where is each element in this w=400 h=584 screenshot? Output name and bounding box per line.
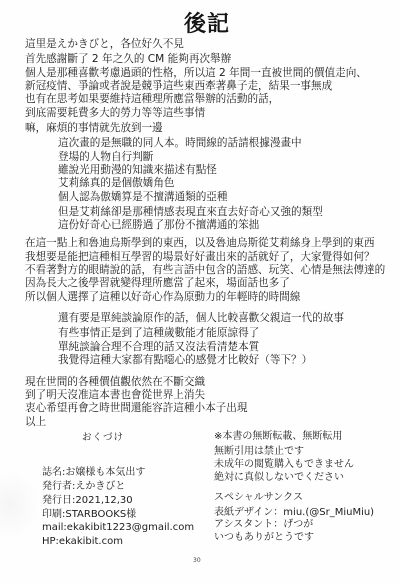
text-line: 現在世間的各種價值觀依然在不斷交織 bbox=[25, 375, 205, 389]
notice-line: 未成年の閲覧購入もできません bbox=[214, 458, 354, 471]
info-title: 誌名:お嬢様も本気出す bbox=[42, 466, 145, 479]
text-line: 不看著對方的眼睛說的話，有些言語中包含的語感、玩笑、心情是無法傳達的 bbox=[25, 263, 385, 277]
text-line: 這里是えかきびと，各位好久不見 bbox=[25, 37, 184, 51]
special-thanks-line: アシスタント：げつが bbox=[214, 518, 313, 531]
notice-line: ※本書の無断転載、無断転用 bbox=[214, 430, 342, 443]
text-line: 衷心希望再會之時世間還能容許這種小本子出現 bbox=[25, 401, 247, 415]
scan-artifact bbox=[0, 470, 40, 540]
notice-line: 絶対に真似しないでください bbox=[214, 471, 344, 484]
text-line: 艾莉絲真的是個傲嬌角色 bbox=[58, 176, 175, 190]
colophon-heading: おくづけ bbox=[82, 432, 124, 444]
text-line: 但是艾莉絲卻是那種情感表現直來直去好奇心又強的類型 bbox=[58, 205, 323, 219]
special-thanks-line: いつもありがとうです bbox=[214, 531, 314, 544]
text-line: 因為長大之後學習就變得理所應當了起來，場面話也多了 bbox=[25, 276, 290, 290]
page-number: 30 bbox=[193, 557, 201, 564]
page-title: 後記 bbox=[167, 14, 247, 36]
text-line: 個人認為傲嬌算是不擅溝通類的亞種 bbox=[58, 190, 228, 204]
text-line: 新冠疫情、爭論或者說是競爭這些東西牽著鼻子走，結果一事無成 bbox=[25, 79, 332, 93]
text-line: 單純談論合理不合理的話又沒法看清楚本質 bbox=[58, 340, 259, 354]
notice-line: 無断引用は禁止です bbox=[214, 445, 304, 458]
text-line: 也有在思考如果要維持這種理所應當舉辦的活動的話， bbox=[25, 92, 279, 106]
afterword-page: 後記 這里是えかきびと，各位好久不見 首先感謝斷了 2 年之久的 CM 能夠再次… bbox=[0, 0, 400, 584]
special-thanks-heading: スペシャルサンクス bbox=[214, 491, 303, 504]
text-line: 以上 bbox=[25, 415, 46, 429]
text-line: 還有要是單純談論原作的話，個人比較喜歡父親這一代的故事 bbox=[58, 311, 344, 325]
text-line: 個人是那種喜歡考慮過頭的性格，所以這 2 年間一直被世間的價值走向、 bbox=[25, 66, 367, 80]
text-line: 這次畫的是無職的同人本。時間線的話請根據漫畫中 bbox=[58, 136, 302, 150]
text-line: 所以個人選擇了這種以好奇心作為原動力的年輕時的時間線 bbox=[25, 290, 300, 304]
info-mail: mail:ekakibit1223@gmail.com bbox=[42, 521, 194, 534]
text-line: 嘛，麻煩的事情就先放到一邊 bbox=[25, 121, 163, 135]
text-line: 我覺得這種大家都有點噁心的感覺才比較好（等下？） bbox=[58, 353, 312, 367]
info-date: 発行日:2021,12,30 bbox=[42, 494, 133, 507]
text-line: 在這一點上和魯迪烏斯學到的東西，以及魯迪烏斯從艾莉絲身上學到的東西 bbox=[25, 236, 375, 250]
info-publisher: 発行者:えかきびと bbox=[42, 480, 125, 493]
text-line: 雖說光用動漫的知識來描述有點怪 bbox=[58, 163, 217, 177]
text-line: 這份好奇心已經勝過了那份不擅溝通的笨拙 bbox=[58, 218, 259, 232]
text-line: 到了明天沒准這本書也會從世界上消失 bbox=[25, 388, 205, 402]
text-line: 有些事情正是到了這種歲數能才能原諒得了 bbox=[58, 326, 259, 340]
info-homepage: HP:ekakibit.com bbox=[42, 535, 123, 548]
info-printer: 印刷:STARBOOKS様 bbox=[42, 508, 136, 521]
text-line: 我想要是能把這種相互學習的場景好好畫出來的話就好了，大家覺得如何？ bbox=[25, 250, 375, 264]
text-line: 登場的人物自行判斷 bbox=[58, 150, 153, 164]
text-line: 到底需要耗費多大的勞力等等這些事情 bbox=[25, 106, 205, 120]
text-line: 首先感謝斷了 2 年之久的 CM 能夠再次舉辦 bbox=[25, 52, 231, 66]
